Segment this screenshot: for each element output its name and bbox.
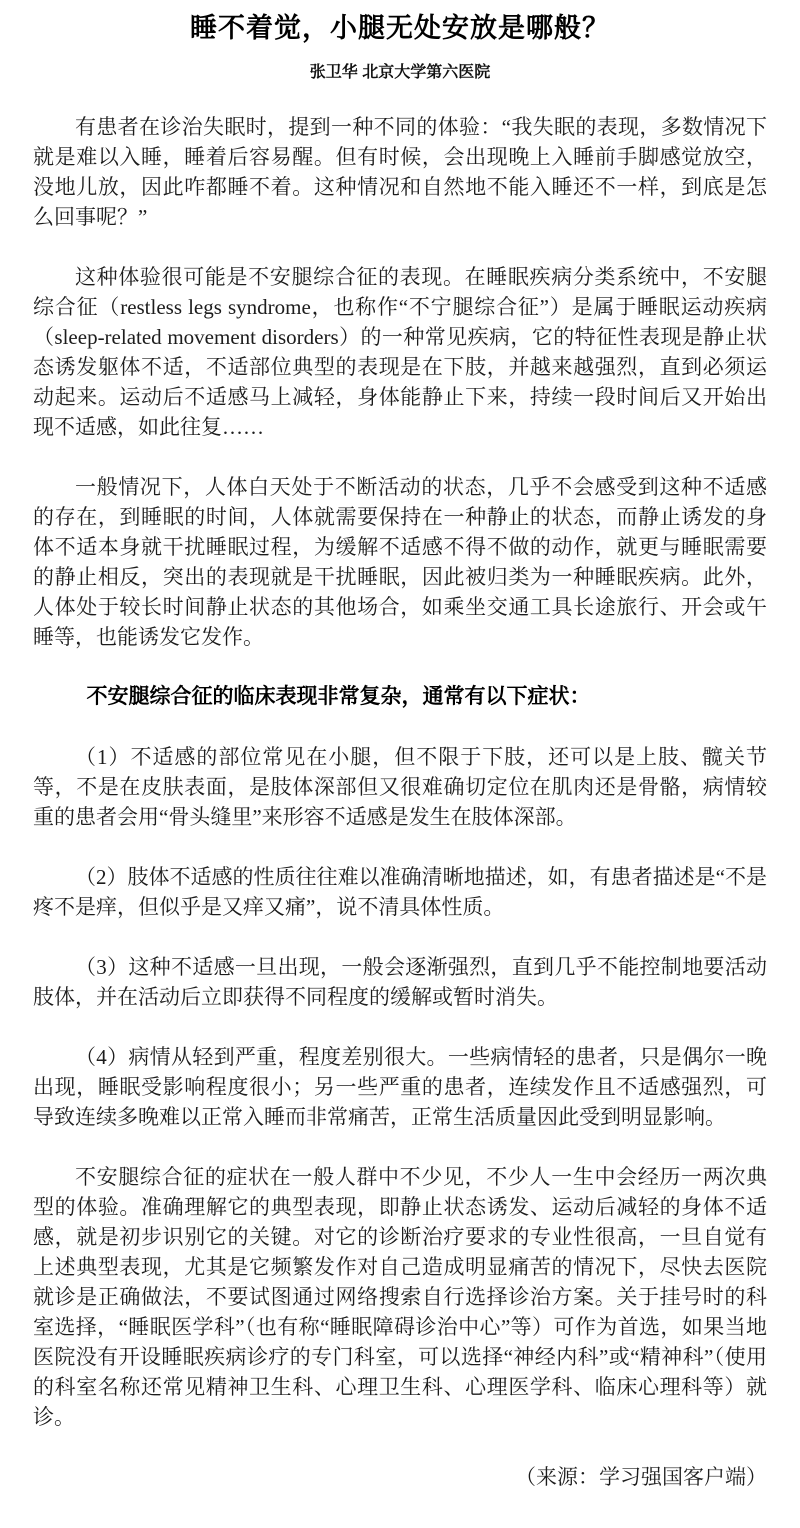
body-paragraph-3: 一般情况下，人体白天处于不断活动的状态，几乎不会感受到这种不适感的存在，到睡眠的… (33, 472, 767, 652)
source-credit: （来源：学习强国客户端） (33, 1462, 767, 1492)
body-paragraph-2: 这种体验很可能是不安腿综合征的表现。在睡眠疾病分类系统中，不安腿综合征（rest… (33, 262, 767, 442)
article-page: 睡不着觉，小腿无处安放是哪般？ 张卫华 北京大学第六医院 有患者在诊治失眠时，提… (0, 0, 800, 1528)
symptom-item-3: （3）这种不适感一旦出现，一般会逐渐强烈，直到几乎不能控制地要活动肢体，并在活动… (33, 952, 767, 1012)
symptom-item-1: （1）不适感的部位常见在小腿，但不限于下肢，还可以是上肢、髋关节等，不是在皮肤表… (33, 742, 767, 832)
closing-paragraph: 不安腿综合征的症状在一般人群中不少见，不少人一生中会经历一两次典型的体验。准确理… (33, 1162, 767, 1432)
article-body: 有患者在诊治失眠时，提到一种不同的体验：“我失眠的表现，多数情况下就是难以入睡，… (33, 112, 767, 1492)
body-paragraph-1: 有患者在诊治失眠时，提到一种不同的体验：“我失眠的表现，多数情况下就是难以入睡，… (33, 112, 767, 232)
section-heading-symptoms: 不安腿综合征的临床表现非常复杂，通常有以下症状： (33, 682, 767, 712)
symptom-item-4: （4）病情从轻到严重，程度差别很大。一些病情轻的患者，只是偶尔一晚出现，睡眠受影… (33, 1042, 767, 1132)
article-title: 睡不着觉，小腿无处安放是哪般？ (33, 12, 767, 44)
article-byline: 张卫华 北京大学第六医院 (33, 62, 767, 84)
symptom-item-2: （2）肢体不适感的性质往往难以准确清晰地描述，如，有患者描述是“不是疼不是痒，但… (33, 862, 767, 922)
